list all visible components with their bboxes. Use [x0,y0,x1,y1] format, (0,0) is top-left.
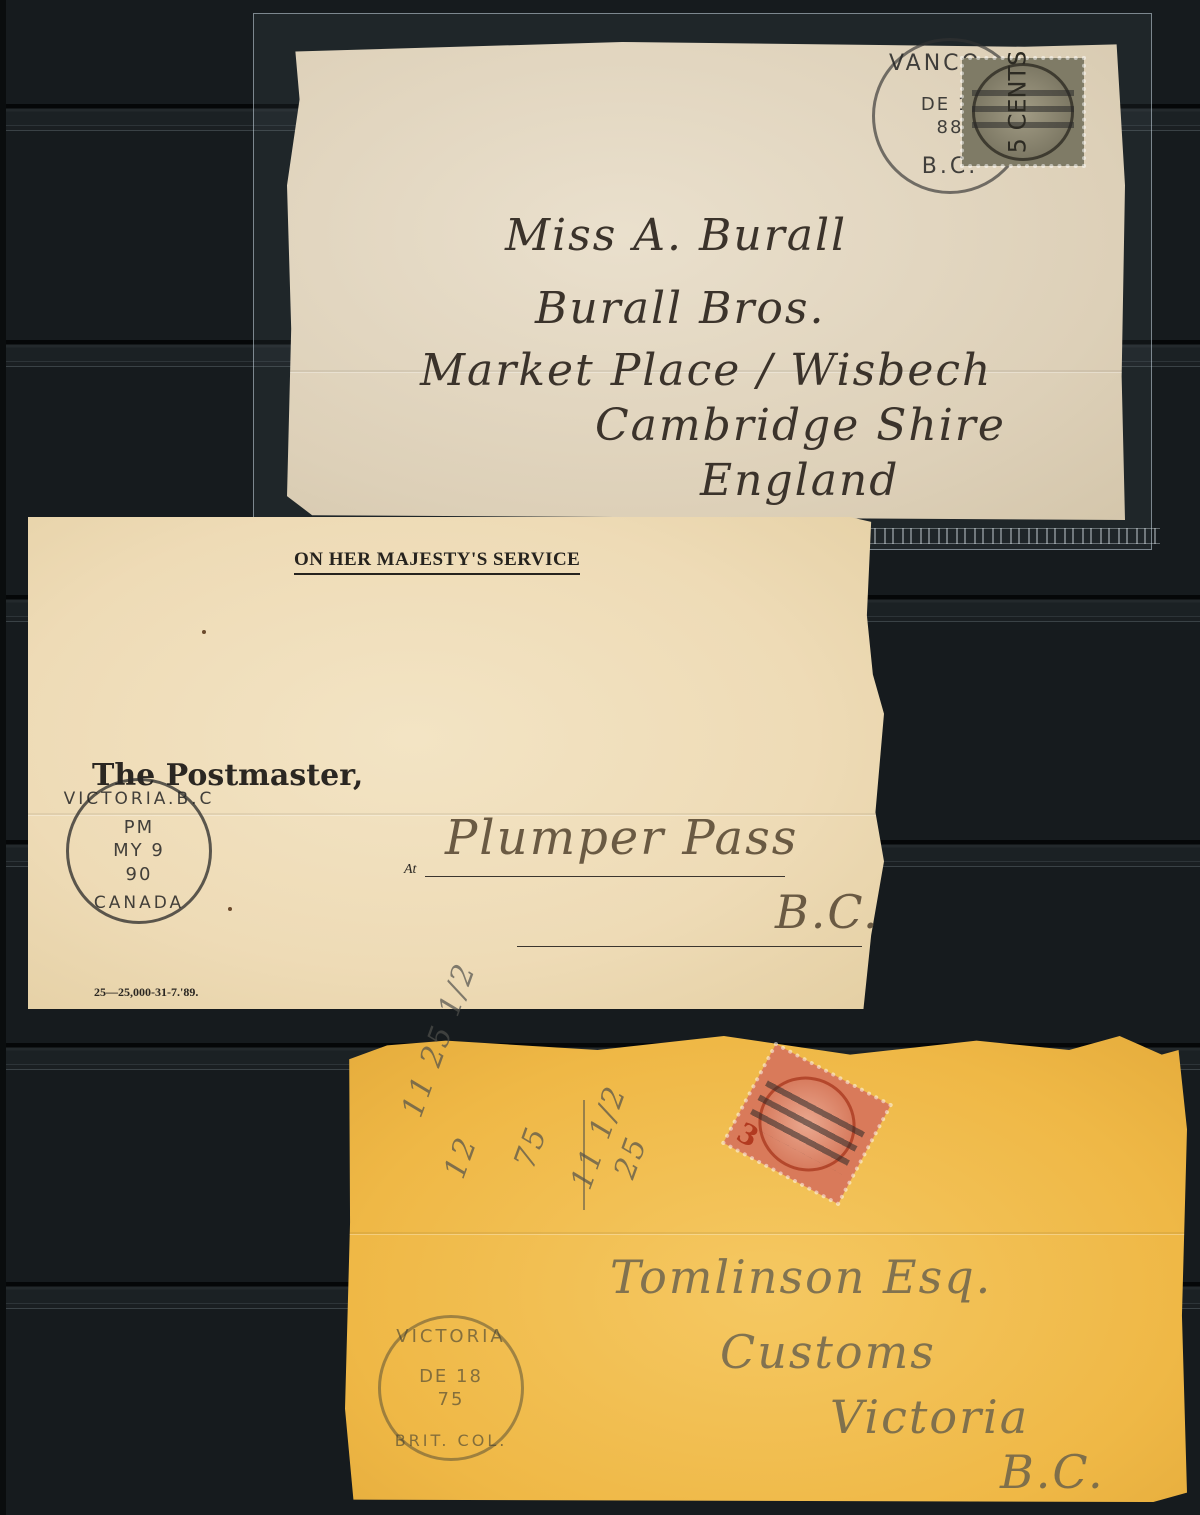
fold-crease [345,1232,1187,1234]
address-line: England [700,455,899,506]
ink-spot [202,630,206,634]
address-rule [425,876,785,877]
ohms-header: ON HER MAJESTY'S SERVICE [294,549,580,575]
address-line: Cambridge Shire [595,400,1006,451]
stamp-5-cents: 5 CENTS [962,58,1084,166]
address-line: Customs [720,1325,936,1379]
pencil-stroke [583,1100,585,1210]
sleeve-perforation [870,528,1160,544]
address-line: Victoria [830,1390,1029,1444]
at-label: At [404,862,416,878]
address-line: Tomlinson Esq. [610,1250,992,1304]
address-line: B.C. [775,885,880,939]
printers-imprint: 25—25,000-31-7.'89. [94,985,198,1000]
address-line: Plumper Pass [445,810,798,866]
postmark-victoria-1875: VICTORIA DE 1875 BRIT. COL. [378,1315,524,1461]
address-line: B.C. [1000,1445,1105,1499]
ink-spot [228,907,232,911]
address-line: Burall Bros. [535,283,826,334]
address-rule [517,946,862,947]
address-line: Market Place / Wisbech [420,345,992,396]
postmark-victoria-1890: VICTORIA.B.C PMMY 990 CANADA [66,778,212,924]
address-line: Miss A. Burall [505,210,847,261]
